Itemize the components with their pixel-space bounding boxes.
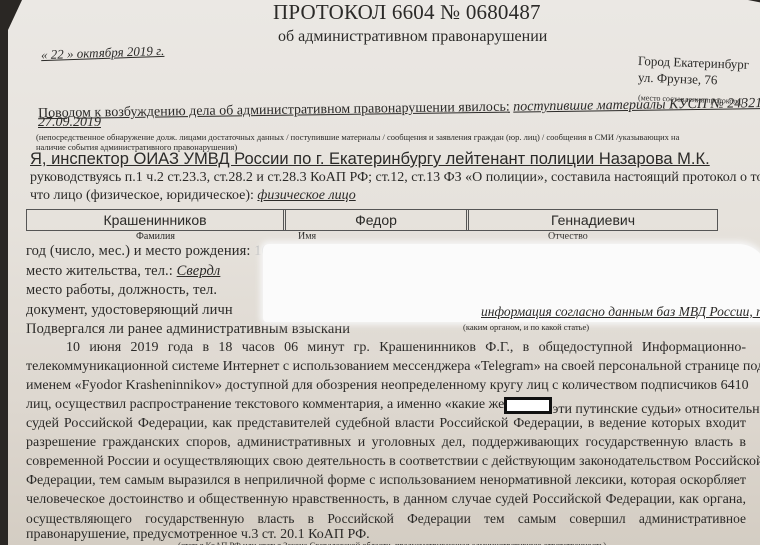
patronymic-cell: Геннадиевич <box>469 210 717 230</box>
person-type-value: физическое лицо <box>257 188 355 203</box>
protocol-document: ПРОТОКОЛ 6604 № 0680487 об административ… <box>8 0 760 545</box>
field-work: место работы, должность, тел. <box>26 282 217 299</box>
grounds-date-line: 27.09.2019 <box>38 115 101 131</box>
grounds-date: 27.09.2019 <box>38 115 101 130</box>
body-line-6: разрешение гражданских споров, администр… <box>26 435 746 451</box>
guidance-line: руководствуясь п.1 ч.2 ст.23.3, ст.28.2 … <box>30 170 760 186</box>
field-work-label: место работы, должность, тел. <box>26 282 217 298</box>
body-line-9: человеческое достоинство и общественную … <box>26 492 746 508</box>
field-prior-value: информация согласно данным баз МВД Росси… <box>481 304 760 320</box>
body-line-10: осуществляющего государственную власть в… <box>26 511 746 527</box>
field-birth-label: год (число, мес.) и место рождения: <box>26 243 250 259</box>
field-prior-penalties: Подвергался ли ранее административным вз… <box>26 321 350 338</box>
body-line-4-head: лиц, осуществил распространение текстово… <box>26 397 504 418</box>
body-line-2: телекоммуникационной системе Интернет с … <box>26 359 746 375</box>
person-name-table: Крашенинников Федор Геннадиевич <box>26 209 718 231</box>
inspector-line: Я, инспектор ОИАЗ УМВД России по г. Екат… <box>30 150 710 169</box>
protocol-date: « 22 » октября 2019 г. <box>41 43 165 63</box>
grounds-label: Поводом к возбуждению дела об администра… <box>38 100 510 122</box>
grounds-caption-1: (непосредственное обнаружение долж. лица… <box>36 132 679 142</box>
name-cell: Федор <box>286 210 469 230</box>
surname-cell: Крашенинников <box>27 210 286 230</box>
field-residence: место жительства, тел.: Свердл <box>26 263 220 280</box>
field-residence-label: место жительства, тел.: <box>26 263 173 279</box>
organ-caption: (каким органом, и по какой статье) <box>463 322 589 332</box>
article-caption: (статья КоАП РФ или статья Закона Свердл… <box>178 540 606 545</box>
field-residence-value: Свердл <box>177 263 221 279</box>
body-line-8: Федерации, тем самым выразился в неприли… <box>26 473 746 489</box>
address: ул. Фрунзе, 76 <box>638 70 718 89</box>
body-line-4-tail: эти путинские судьи» относительно <box>552 402 760 417</box>
body-line-4: лиц, осуществил распространение текстово… <box>26 397 746 418</box>
person-type-line: что лицо (физическое, юридическое): физи… <box>30 188 356 204</box>
field-document-label: документ, удостоверяющий личн <box>26 302 233 318</box>
body-line-1: 10 июня 2019 года в 18 часов 06 минут гр… <box>26 340 746 356</box>
body-line-3: именем «Fyodor Krasheninnikov» доступной… <box>26 378 746 394</box>
protocol-subtitle: об административном правонарушении <box>278 28 547 46</box>
field-prior-label: Подвергался ли ранее административным вз… <box>26 321 350 337</box>
body-line-5: судей Российской Федерации, как представ… <box>26 416 746 432</box>
field-document: документ, удостоверяющий личн <box>26 302 233 319</box>
name-caption: Имя <box>298 231 316 242</box>
body-line-7: современной России и осуществляющих свою… <box>26 454 746 470</box>
patronymic-caption: Отчество <box>548 231 588 242</box>
grounds-line: Поводом к возбуждению дела об администра… <box>38 96 760 122</box>
grounds-value: поступившие материалы КУСП № 24321 от <box>513 96 760 115</box>
censored-word-redaction <box>504 397 552 414</box>
protocol-title: ПРОТОКОЛ 6604 № 0680487 <box>273 0 541 25</box>
surname-caption: Фамилия <box>136 231 175 242</box>
field-birth: год (число, мес.) и место рождения: 16 <box>26 243 269 260</box>
person-type-label: что лицо (физическое, юридическое): <box>30 188 254 203</box>
